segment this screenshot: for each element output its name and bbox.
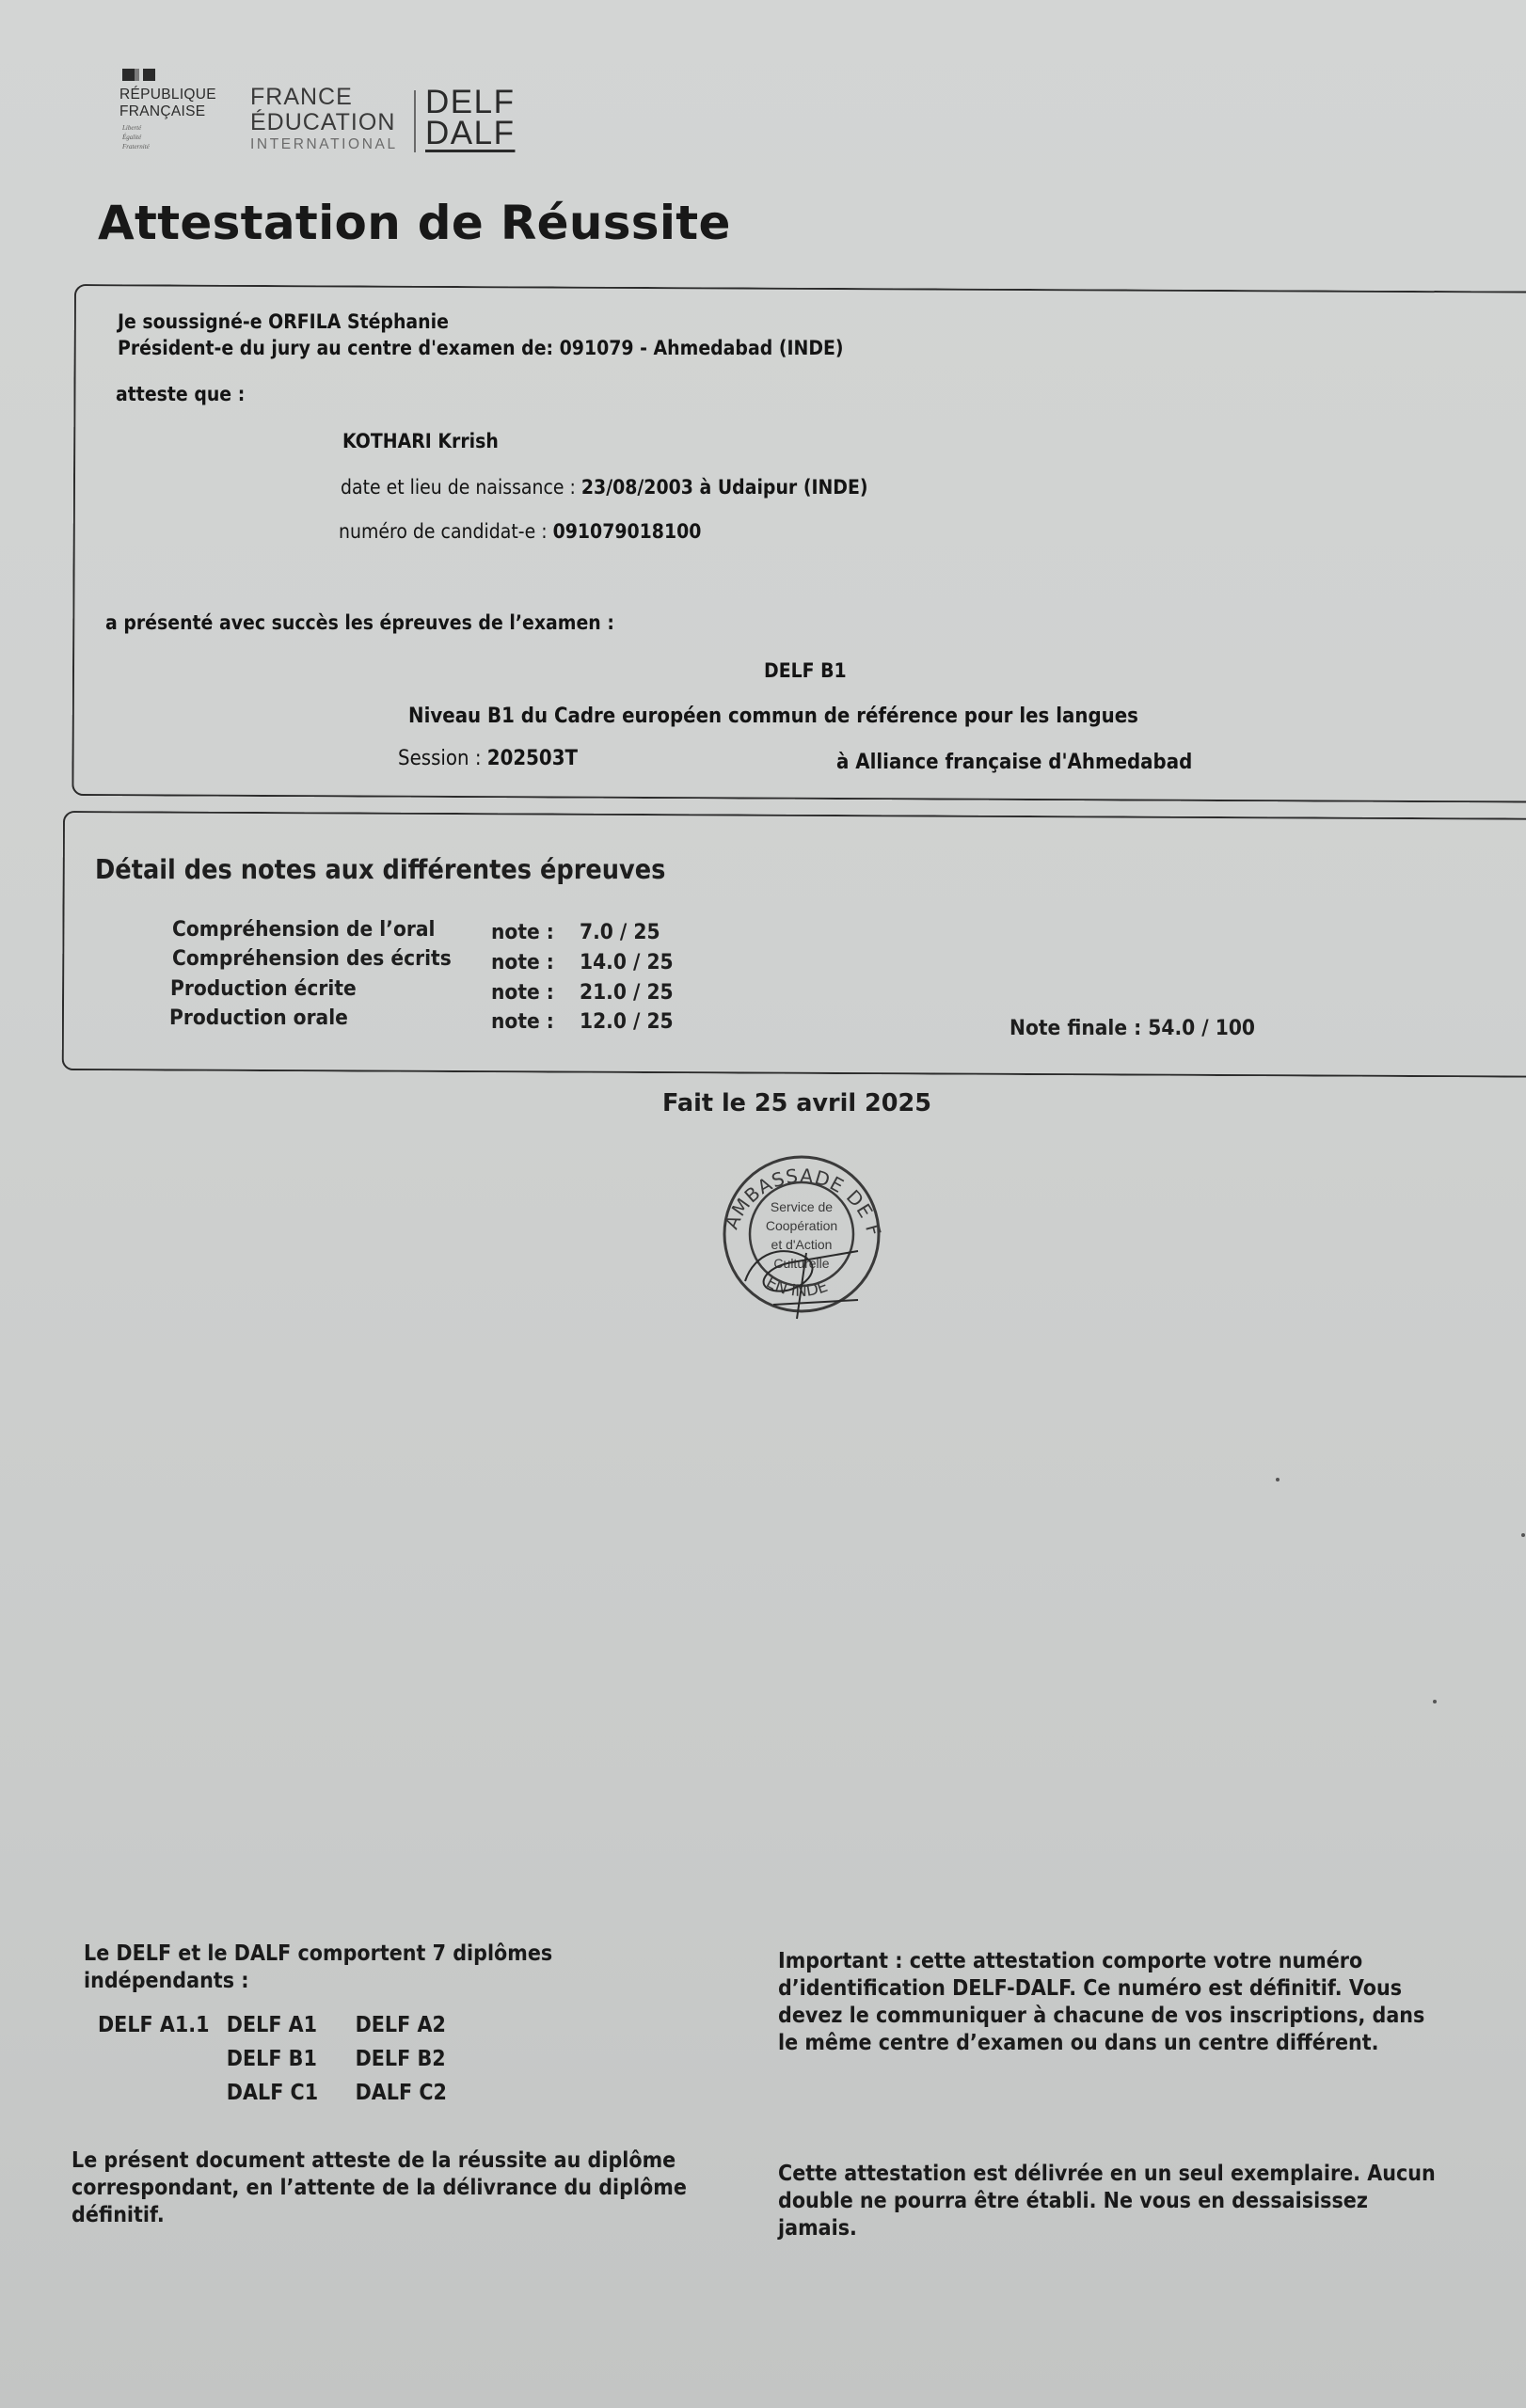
score-value: 21.0 / 25 xyxy=(580,980,674,1005)
paper-speck xyxy=(1521,1533,1525,1537)
republique-motto: Liberté Égalité Fraternité xyxy=(122,123,150,151)
presented-line: a présenté avec succès les épreuves de l… xyxy=(105,611,614,634)
page-title: Attestation de Réussite xyxy=(98,196,731,250)
diploma-item: DELF B1 xyxy=(227,2047,356,2081)
diplomas-list: DELF A1.1 DELF A1 DELF A2 DELF B1 DELF B… xyxy=(98,2013,484,2115)
candidate-number: numéro de candidat-e : 091079018100 xyxy=(339,520,701,543)
diplomas-row: DALF C1 DALF C2 xyxy=(98,2081,484,2115)
session-label: Session : xyxy=(398,747,487,770)
candidate-name: KOTHARI Krrish xyxy=(342,430,499,452)
scores-box xyxy=(62,811,1526,1078)
stamp-inner-line: Coopération xyxy=(766,1218,837,1233)
score-subject: Compréhension de l’oral xyxy=(172,917,435,942)
diplomas-row: DELF B1 DELF B2 xyxy=(98,2047,484,2081)
level-line: Niveau B1 du Cadre européen commun de ré… xyxy=(408,705,1138,728)
france-education-international-logo: FRANCE ÉDUCATION INTERNATIONAL xyxy=(250,85,398,153)
diploma-item: DELF A2 xyxy=(356,2013,485,2047)
diploma-item xyxy=(98,2081,227,2115)
diploma-item: DALF C1 xyxy=(227,2081,356,2115)
score-value: 12.0 / 25 xyxy=(580,1009,674,1034)
exam-centre: à Alliance française d'Ahmedabad xyxy=(836,751,1192,774)
session-value: 202503T xyxy=(487,747,578,770)
diploma-item: DELF A1 xyxy=(227,2013,356,2047)
republique-francaise-logo: RÉPUBLIQUE FRANÇAISE xyxy=(119,87,216,120)
score-subject: Production orale xyxy=(169,1006,348,1030)
diploma-item: DALF C2 xyxy=(356,2081,485,2115)
exam-name: DELF B1 xyxy=(764,659,847,682)
stamp-inner-line: et d'Action xyxy=(771,1237,833,1252)
embassy-stamp-icon: AMBASSADE DE FRANCE EN INDE Service de C… xyxy=(717,1140,886,1328)
candidate-number-label: numéro de candidat-e : xyxy=(339,520,553,543)
note-label: note : xyxy=(491,980,554,1005)
note-label: note : xyxy=(491,950,554,974)
score-value: 7.0 / 25 xyxy=(580,920,660,944)
jury-line: Président-e du jury au centre d'examen d… xyxy=(118,337,844,359)
birth-value: 23/08/2003 à Udaipur (INDE) xyxy=(581,476,868,499)
single-copy-notice: Cette attestation est délivrée en un seu… xyxy=(778,2161,1439,2242)
score-subject: Production écrite xyxy=(170,976,357,1001)
logo-divider xyxy=(414,90,416,152)
stamp-inner-line: Service de xyxy=(771,1199,833,1214)
present-document-notice: Le présent document atteste de la réussi… xyxy=(72,2147,757,2229)
birth-label: date et lieu de naissance : xyxy=(341,476,581,499)
marianne-flag-icon xyxy=(122,69,155,81)
candidate-number-value: 091079018100 xyxy=(553,520,702,543)
score-subject: Compréhension des écrits xyxy=(172,946,452,971)
atteste-que-label: atteste que : xyxy=(116,383,245,405)
birth-info: date et lieu de naissance : 23/08/2003 à… xyxy=(341,476,868,499)
paper-speck xyxy=(1276,1478,1280,1481)
diploma-item: DELF A1.1 xyxy=(98,2013,227,2047)
diplomas-row: DELF A1.1 DELF A1 DELF A2 xyxy=(98,2013,484,2047)
paper-speck xyxy=(1433,1700,1437,1703)
issued-date: Fait le 25 avril 2025 xyxy=(662,1089,931,1117)
signatory-line: Je soussigné-e ORFILA Stéphanie xyxy=(118,310,449,333)
score-value: 14.0 / 25 xyxy=(580,950,674,974)
session: Session : 202503T xyxy=(398,747,578,770)
diplomas-intro: Le DELF et le DALF comportent 7 diplômes… xyxy=(84,1941,643,1995)
scores-heading: Détail des notes aux différentes épreuve… xyxy=(95,854,665,885)
note-label: note : xyxy=(491,1009,554,1034)
note-label: note : xyxy=(491,920,554,944)
diploma-item xyxy=(98,2047,227,2081)
final-score: Note finale : 54.0 / 100 xyxy=(1009,1016,1255,1040)
delf-dalf-logo: DELF DALF xyxy=(425,87,515,149)
important-notice: Important : cette attestation comporte v… xyxy=(778,1948,1439,2057)
diploma-item: DELF B2 xyxy=(356,2047,485,2081)
